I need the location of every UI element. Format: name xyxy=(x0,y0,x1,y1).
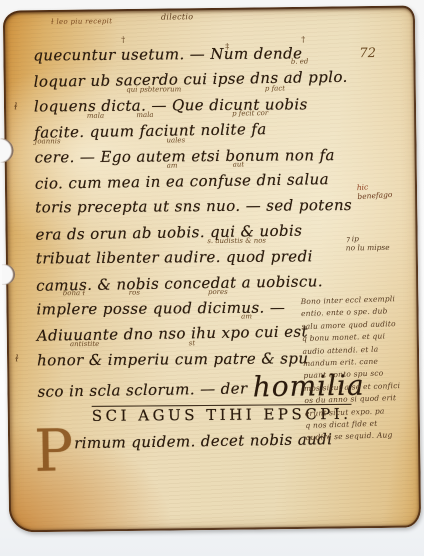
margin-note-text: benefago xyxy=(357,190,393,201)
interlinear-gloss: p fact xyxy=(265,84,285,92)
edge-damage-notch xyxy=(0,138,13,162)
line-text: cere. — Ego autem etsi bonum non fa xyxy=(35,146,335,166)
interlinear-gloss: Joannis xyxy=(34,137,60,145)
interlinear-gloss: qui psbterorum xyxy=(126,85,181,93)
margin-letter: ɫ xyxy=(15,354,19,364)
interlinear-gloss: aut xyxy=(233,160,245,168)
margin-note-text: no lu mipse xyxy=(346,243,390,253)
line-text: toris precepta ut sns nuo. — sed potens xyxy=(35,196,352,216)
manuscript-line: b. ed loquar ub sacerdo cui ipse dns ad … xyxy=(34,65,364,96)
manuscript-line: camus. & nobis concedat a uobiscu. xyxy=(36,268,366,299)
right-margin-note: hic benefago xyxy=(357,181,393,201)
manuscript-line: toris precepta ut sns nuo. — sed potens xyxy=(35,193,365,221)
interlinear-gloss: b. ed xyxy=(291,58,309,66)
margin-letter: ɫ xyxy=(14,102,18,112)
manuscript-photo: ɫ leo piu recepit dilectio † ‡ † ɫ ɫ 72 … xyxy=(0,0,424,556)
manuscript-line: mala mala p fecit cor facite. quum faciu… xyxy=(34,116,364,147)
interlinear-gloss: antistite xyxy=(70,340,99,348)
line-text: cio. cum mea in ea confuse dni salua xyxy=(35,170,329,193)
manuscript-line: Joannis uales cere. — Ego autem etsi bon… xyxy=(35,142,365,170)
line-text: facite. quum faciunt nolite fa xyxy=(34,120,267,142)
right-margin-note: ⁊ ip no lu mipse xyxy=(346,234,390,253)
interlinear-gloss: am xyxy=(167,162,178,170)
interlinear-gloss: mala xyxy=(136,111,153,119)
line-text: loquar ub sacerdo cui ipse dns ad pplo. xyxy=(34,68,348,91)
interlinear-gloss: ros xyxy=(129,289,140,297)
line-text: honor & imperiu cum patre & spu xyxy=(37,349,308,369)
interlinear-gloss: st xyxy=(189,339,195,347)
initial-letter-P: P xyxy=(34,421,74,480)
line-text: quecuntur usetum. — Num dende xyxy=(33,44,302,64)
interlinear-gloss: s. audistis & nos xyxy=(207,237,266,245)
line-text: sco in scla sclorum. — der xyxy=(37,380,252,401)
interlinear-gloss: p fecit cor xyxy=(232,109,268,118)
interlinear-gloss: pores xyxy=(208,288,228,296)
interlinear-gloss: uales xyxy=(166,136,185,144)
interlinear-gloss: bona ɫ xyxy=(63,289,85,297)
gloss-line: audire se sequid. Aug xyxy=(306,429,424,445)
parchment-page: ɫ leo piu recepit dilectio † ‡ † ɫ ɫ 72 … xyxy=(3,6,421,533)
incipit-text: rimum quidem. decet nobis audi xyxy=(74,430,333,452)
manuscript-line: s. audistis & nos tribuat libenter audir… xyxy=(36,244,366,272)
interlinear-gloss: mala xyxy=(87,112,104,120)
interlinear-gloss: am xyxy=(241,313,252,321)
top-margin-note: dilectio xyxy=(161,12,194,21)
top-margin-note: ɫ leo piu recepit xyxy=(51,17,112,26)
margin-gloss-block: Bono inter eccl exempli entio. ente o sp… xyxy=(300,292,424,445)
line-text: tribuat libenter audire. quod predi xyxy=(36,248,313,268)
edge-damage-notch xyxy=(2,264,15,284)
